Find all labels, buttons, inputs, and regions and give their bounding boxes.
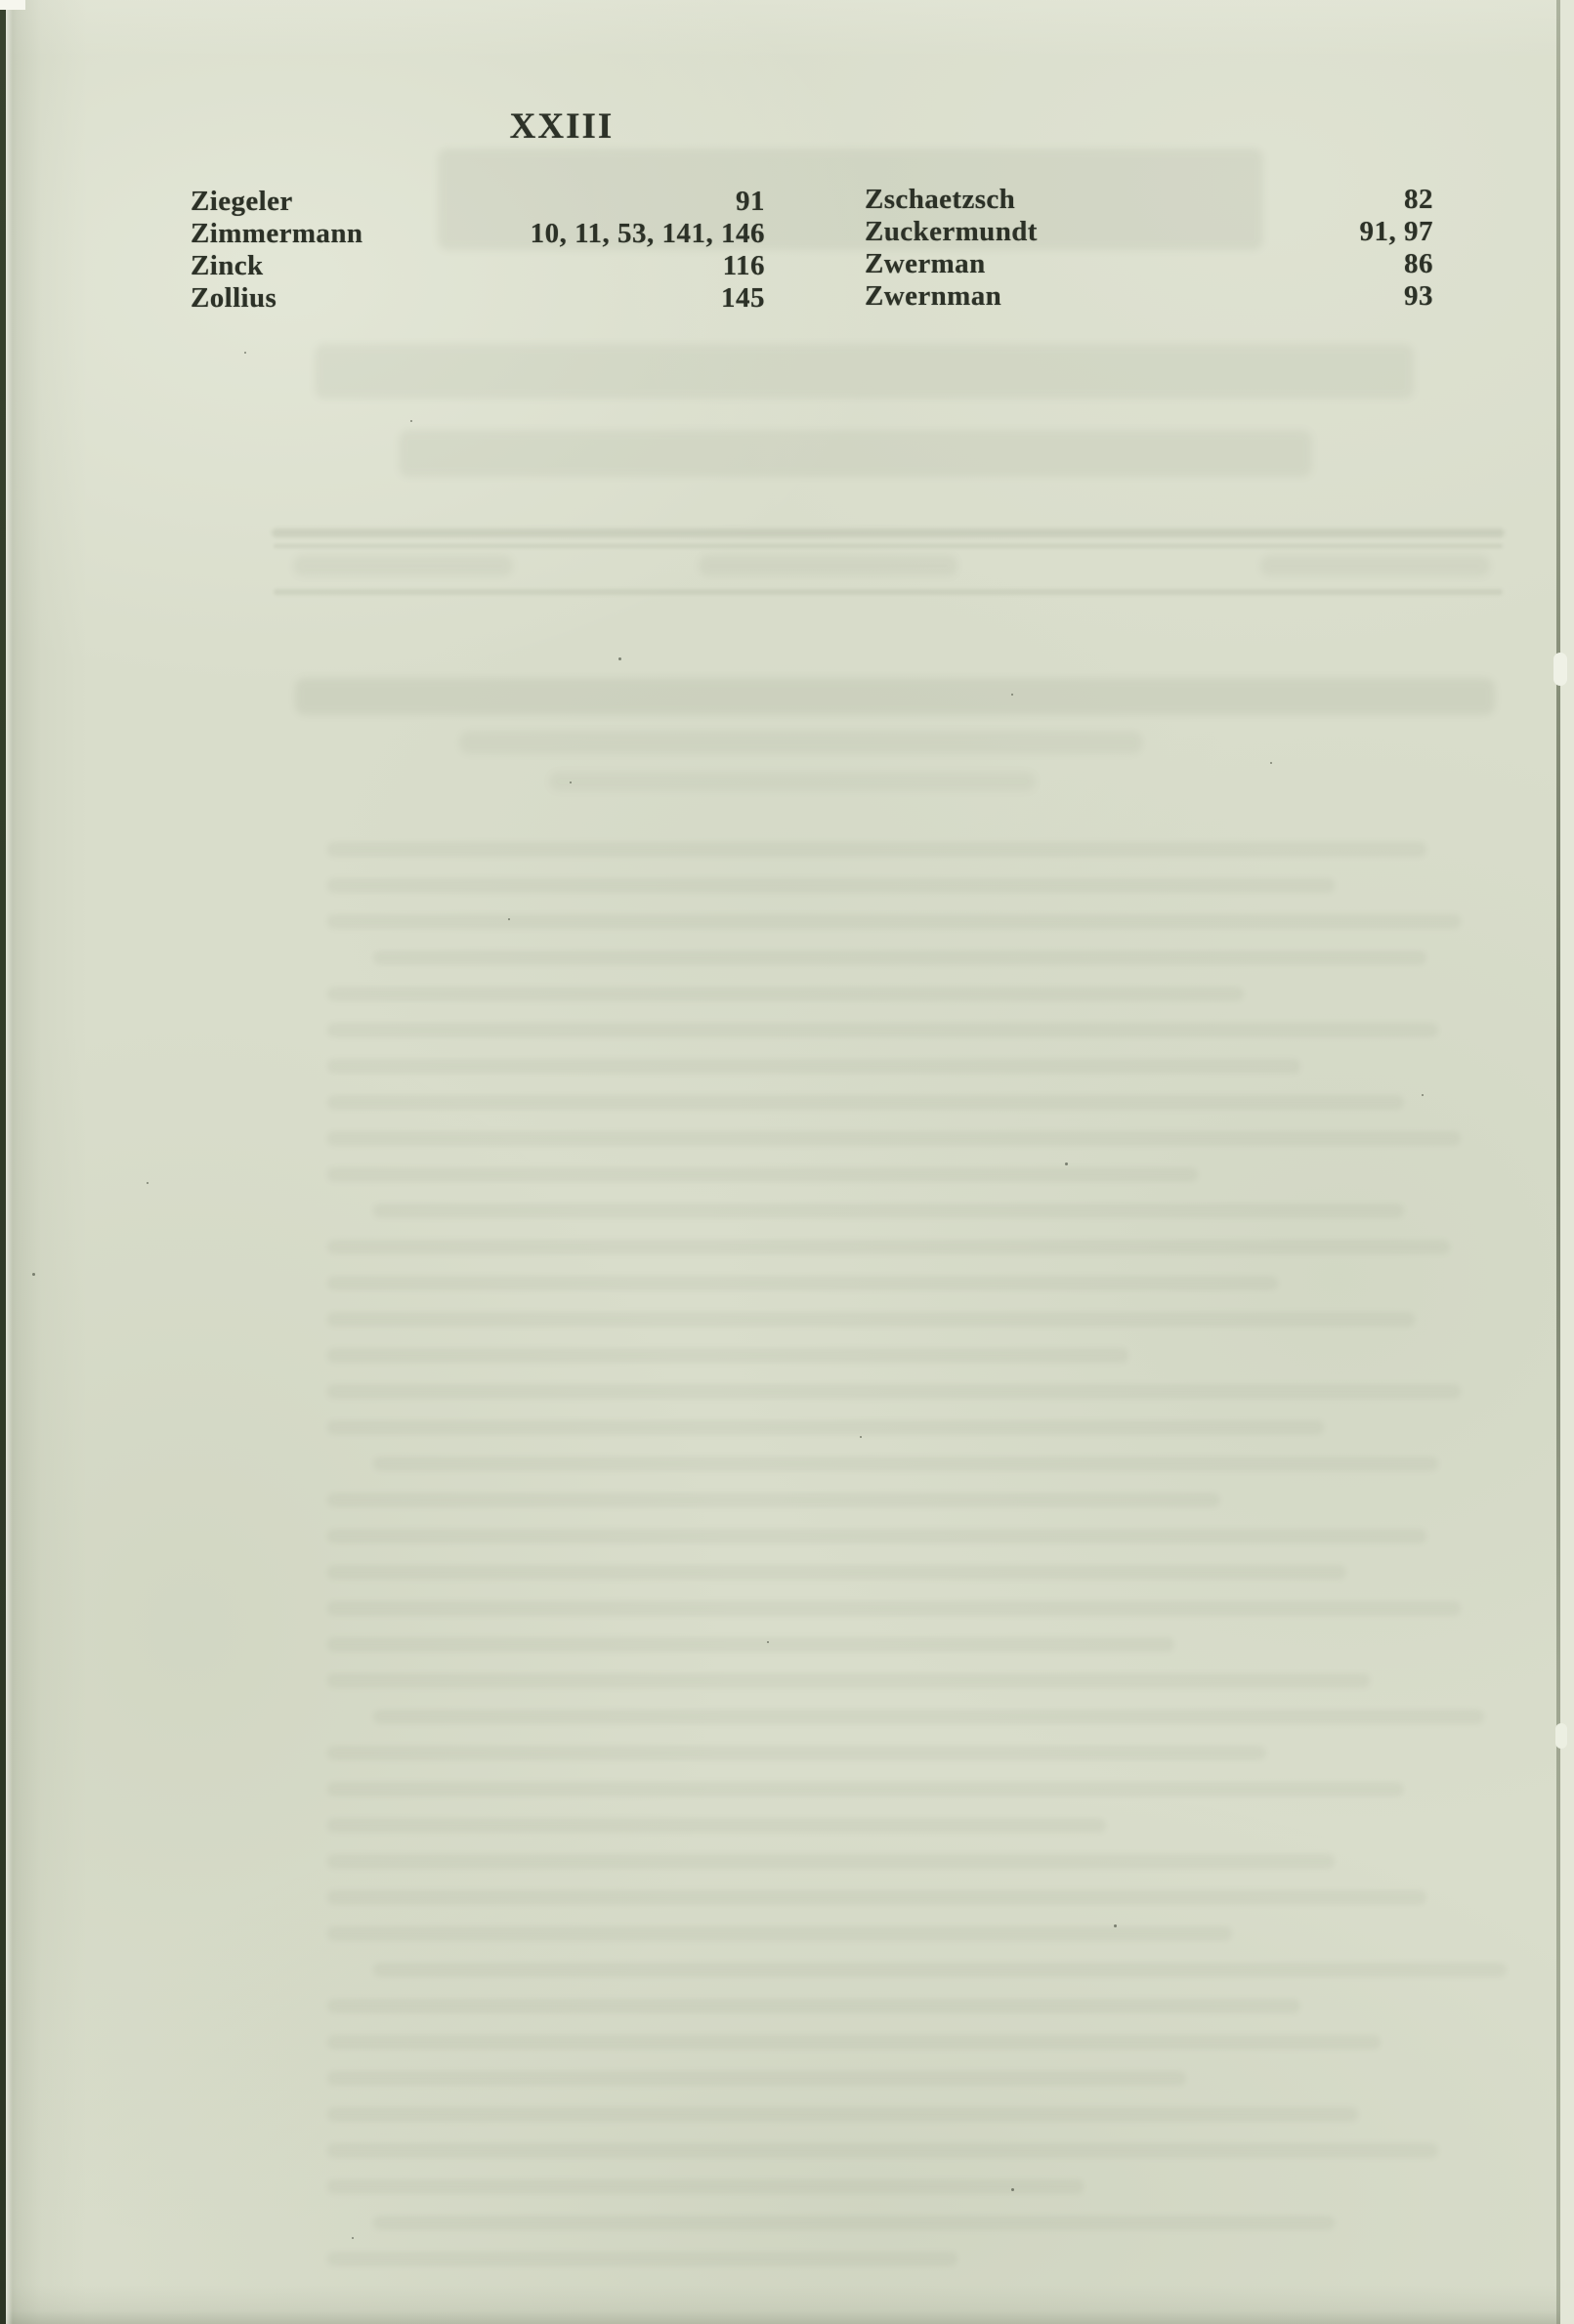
bleedthrough-text-line (327, 1240, 1450, 1254)
bleedthrough-meta-left (293, 555, 513, 576)
bleedthrough-text-line (327, 1601, 1461, 1616)
index-column-right: Zschaetzsch 82 Zuckermundt 91, 97 Zwerma… (865, 184, 1433, 313)
page-number: XXIII (464, 106, 659, 148)
page-edge-notch (1555, 1723, 1567, 1749)
bleedthrough-text-line (373, 2216, 1335, 2230)
bleedthrough-text-line (327, 987, 1244, 1001)
bleedthrough-text-line (327, 2143, 1438, 2158)
scan-corner-gap (0, 0, 25, 10)
bleedthrough-meta-right (1260, 555, 1490, 576)
index-row: Zschaetzsch 82 (865, 184, 1433, 216)
bleedthrough-text-line (327, 1420, 1324, 1435)
scan-speck (32, 1273, 35, 1276)
bleedthrough-text-line (327, 1095, 1404, 1110)
bleedthrough-text-line (327, 1276, 1278, 1290)
bleedthrough-rule-thin (274, 544, 1503, 548)
bleedthrough-text-line (327, 1637, 1174, 1652)
bleedthrough-text-line (327, 1782, 1404, 1796)
bleedthrough-text-line (327, 842, 1426, 857)
page-edge-margin (1560, 0, 1574, 2324)
index-entry-pages: 82 (1404, 184, 1433, 216)
scan-speck (508, 918, 510, 920)
bleedthrough-rule-heavy (272, 528, 1505, 537)
bleedthrough-text-line (327, 1384, 1461, 1399)
bleedthrough-article-heading (295, 678, 1495, 715)
index-row: Zollius 145 (191, 282, 765, 315)
scan-speck (1065, 1162, 1068, 1165)
index-entry-pages: 116 (723, 250, 765, 282)
bleedthrough-text-line (327, 2107, 1358, 2122)
bleedthrough-text-line (327, 1818, 1106, 1833)
index-entry-pages: 145 (721, 282, 765, 315)
scanned-book-page: XXIII Ziegeler 91 Zimmermann 10, 11, 53,… (0, 0, 1574, 2324)
index-entry-pages: 10, 11, 53, 141, 146 (531, 218, 765, 250)
index-column-left: Ziegeler 91 Zimmermann 10, 11, 53, 141, … (191, 186, 765, 315)
index-row: Zinck 116 (191, 250, 765, 282)
bleedthrough-text-line (327, 1312, 1415, 1327)
scan-speck (1011, 2188, 1014, 2191)
scan-speck (1270, 762, 1272, 764)
bleedthrough-title-line-3 (399, 430, 1312, 477)
index-entry-pages: 91, 97 (1360, 216, 1434, 248)
bleedthrough-text-line (373, 1710, 1484, 1724)
index-row: Zuckermundt 91, 97 (865, 216, 1433, 248)
bleedthrough-text-line (327, 1673, 1370, 1688)
bleedthrough-text-line (327, 1854, 1335, 1869)
bleedthrough-text-line (327, 914, 1461, 929)
bleedthrough-text-line (327, 1746, 1266, 1760)
bleedthrough-text-line (327, 878, 1335, 893)
scan-speck (767, 1641, 769, 1643)
index-entry-name: Zuckermundt (865, 216, 1038, 248)
bleedthrough-meta-center (699, 555, 957, 576)
bleedthrough-body (327, 842, 1472, 2288)
bleedthrough-text-line (327, 1131, 1461, 1146)
bleedthrough-text-line (327, 1999, 1300, 2013)
index-entry-name: Zschaetzsch (865, 184, 1015, 216)
scan-speck (352, 2237, 354, 2239)
bleedthrough-text-line (327, 1348, 1128, 1363)
bleedthrough-text-line (373, 951, 1426, 965)
bleedthrough-title-line-2 (315, 344, 1414, 399)
bleedthrough-rule-lower (274, 589, 1503, 595)
bleedthrough-text-line (327, 2071, 1186, 2086)
bleedthrough-text-line (327, 1493, 1220, 1507)
bleedthrough-text-line (373, 1963, 1507, 1977)
scan-speck (244, 352, 246, 354)
scan-speck (1011, 694, 1013, 696)
index-row: Zimmermann 10, 11, 53, 141, 146 (191, 218, 765, 250)
index-row: Zwernman 93 (865, 280, 1433, 313)
bleedthrough-text-line (327, 1890, 1426, 1905)
index-entry-name: Zollius (191, 282, 277, 315)
bleedthrough-text-line (327, 2035, 1381, 2049)
bleedthrough-text-line (373, 1204, 1404, 1218)
bleedthrough-subheading-1 (459, 731, 1143, 754)
scan-speck (860, 1436, 862, 1438)
scan-speck (618, 657, 621, 660)
index-entry-pages: 91 (736, 186, 765, 218)
index-entry-pages: 93 (1404, 280, 1433, 313)
index-entry-name: Zinck (191, 250, 264, 282)
page-edge-notch (1553, 653, 1567, 686)
bleedthrough-text-line (327, 2252, 957, 2266)
scan-speck (1114, 1924, 1117, 1927)
index-row: Zwerman 86 (865, 248, 1433, 280)
index-entry-name: Zwerman (865, 248, 986, 280)
scan-speck (1422, 1094, 1424, 1096)
scan-speck (570, 782, 572, 783)
bleedthrough-text-line (327, 1059, 1300, 1074)
bleedthrough-text-line (327, 1023, 1438, 1037)
bleedthrough-text-line (327, 1926, 1232, 1941)
bleedthrough-text-line (327, 1167, 1198, 1182)
scan-speck (147, 1182, 149, 1184)
index-row: Ziegeler 91 (191, 186, 765, 218)
paper-edge-highlight (6, 0, 13, 2324)
bleedthrough-text-line (327, 1529, 1426, 1543)
index-entry-name: Zimmermann (191, 218, 362, 250)
index-entry-name: Ziegeler (191, 186, 293, 218)
index-entry-pages: 86 (1404, 248, 1433, 280)
bleedthrough-text-line (327, 2179, 1084, 2194)
index-entry-name: Zwernman (865, 280, 1001, 313)
bleedthrough-subheading-2 (549, 772, 1036, 791)
bleedthrough-text-line (373, 1457, 1438, 1471)
bleedthrough-text-line (327, 1565, 1346, 1580)
scan-speck (410, 420, 412, 422)
